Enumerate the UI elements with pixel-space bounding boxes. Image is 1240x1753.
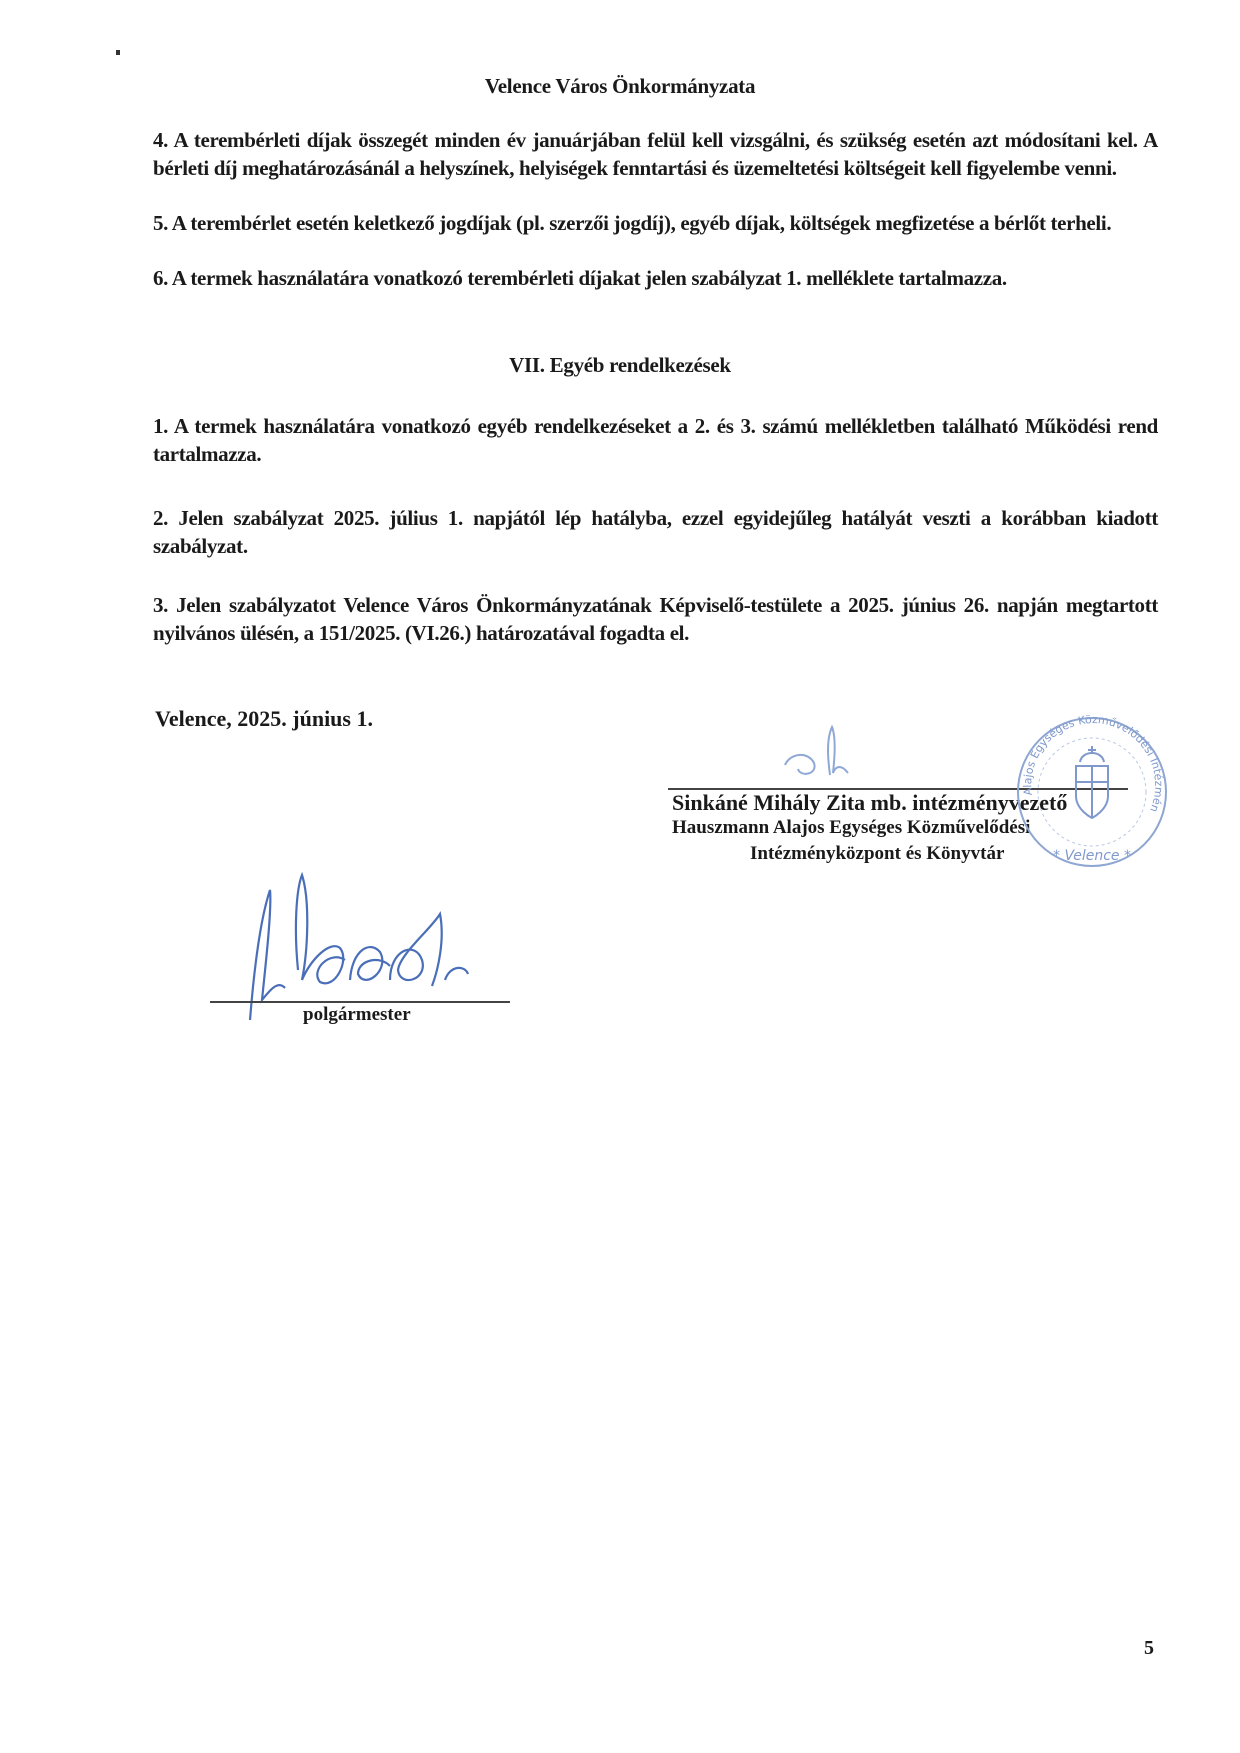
institution-name-line2: Intézményközpont és Könyvtár <box>750 843 1004 865</box>
section-paragraph-1: 1. A termek használatára vonatkozó egyéb… <box>153 413 1158 468</box>
paragraph-number: 3. <box>153 593 168 617</box>
section-paragraph-2: 2. Jelen szabályzat 2025. július 1. napj… <box>153 505 1158 560</box>
paragraph-text: Jelen szabályzat 2025. július 1. napjátó… <box>153 506 1158 558</box>
place-and-date: Velence, 2025. június 1. <box>155 706 373 732</box>
page-number: 5 <box>1144 1637 1154 1660</box>
handwritten-signature-director <box>780 725 880 785</box>
institution-name-line1: Hauszmann Alajos Egységes Közművelődési <box>672 817 1030 839</box>
paragraph-4: 4. A terembérleti díjak összegét minden … <box>153 127 1158 182</box>
paragraph-5: 5. A terembérlet esetén keletkező jogdíj… <box>153 210 1158 238</box>
document-header: Velence Város Önkormányzata <box>0 74 1240 99</box>
stamp-bottom-text: * Velence * <box>1053 848 1131 864</box>
document-page: Velence Város Önkormányzata 4. A terembé… <box>0 0 1240 1753</box>
official-stamp-icon: Alajos Egységes Közművelődési Intézményk… <box>1010 700 1170 880</box>
scan-speck <box>116 50 120 55</box>
paragraph-text: A termek használatára vonatkozó terembér… <box>168 266 1007 290</box>
paragraph-number: 5. <box>153 211 168 235</box>
paragraph-text: A termek használatára vonatkozó egyéb re… <box>153 414 1158 466</box>
section-paragraph-3: 3. Jelen szabályzatot Velence Város Önko… <box>153 592 1158 647</box>
paragraph-number: 6. <box>153 266 168 290</box>
paragraph-text: A terembérleti díjak összegét minden év … <box>153 128 1158 180</box>
paragraph-text: Jelen szabályzatot Velence Város Önkormá… <box>153 593 1158 645</box>
paragraph-text: A terembérlet esetén keletkező jogdíjak … <box>168 211 1111 235</box>
paragraph-number: 1. <box>153 414 168 438</box>
paragraph-number: 2. <box>153 506 168 530</box>
section-title: VII. Egyéb rendelkezések <box>0 353 1240 378</box>
director-name: Sinkáné Mihály Zita mb. intézményvezető <box>672 790 1067 816</box>
mayor-title: polgármester <box>303 1004 411 1026</box>
paragraph-6: 6. A termek használatára vonatkozó terem… <box>153 265 1158 293</box>
paragraph-number: 4. <box>153 128 168 152</box>
signature-line-mayor <box>210 1001 510 1003</box>
svg-text:Alajos Egységes Közművelődési: Alajos Egységes Közművelődési Intézményk… <box>1010 700 1165 814</box>
